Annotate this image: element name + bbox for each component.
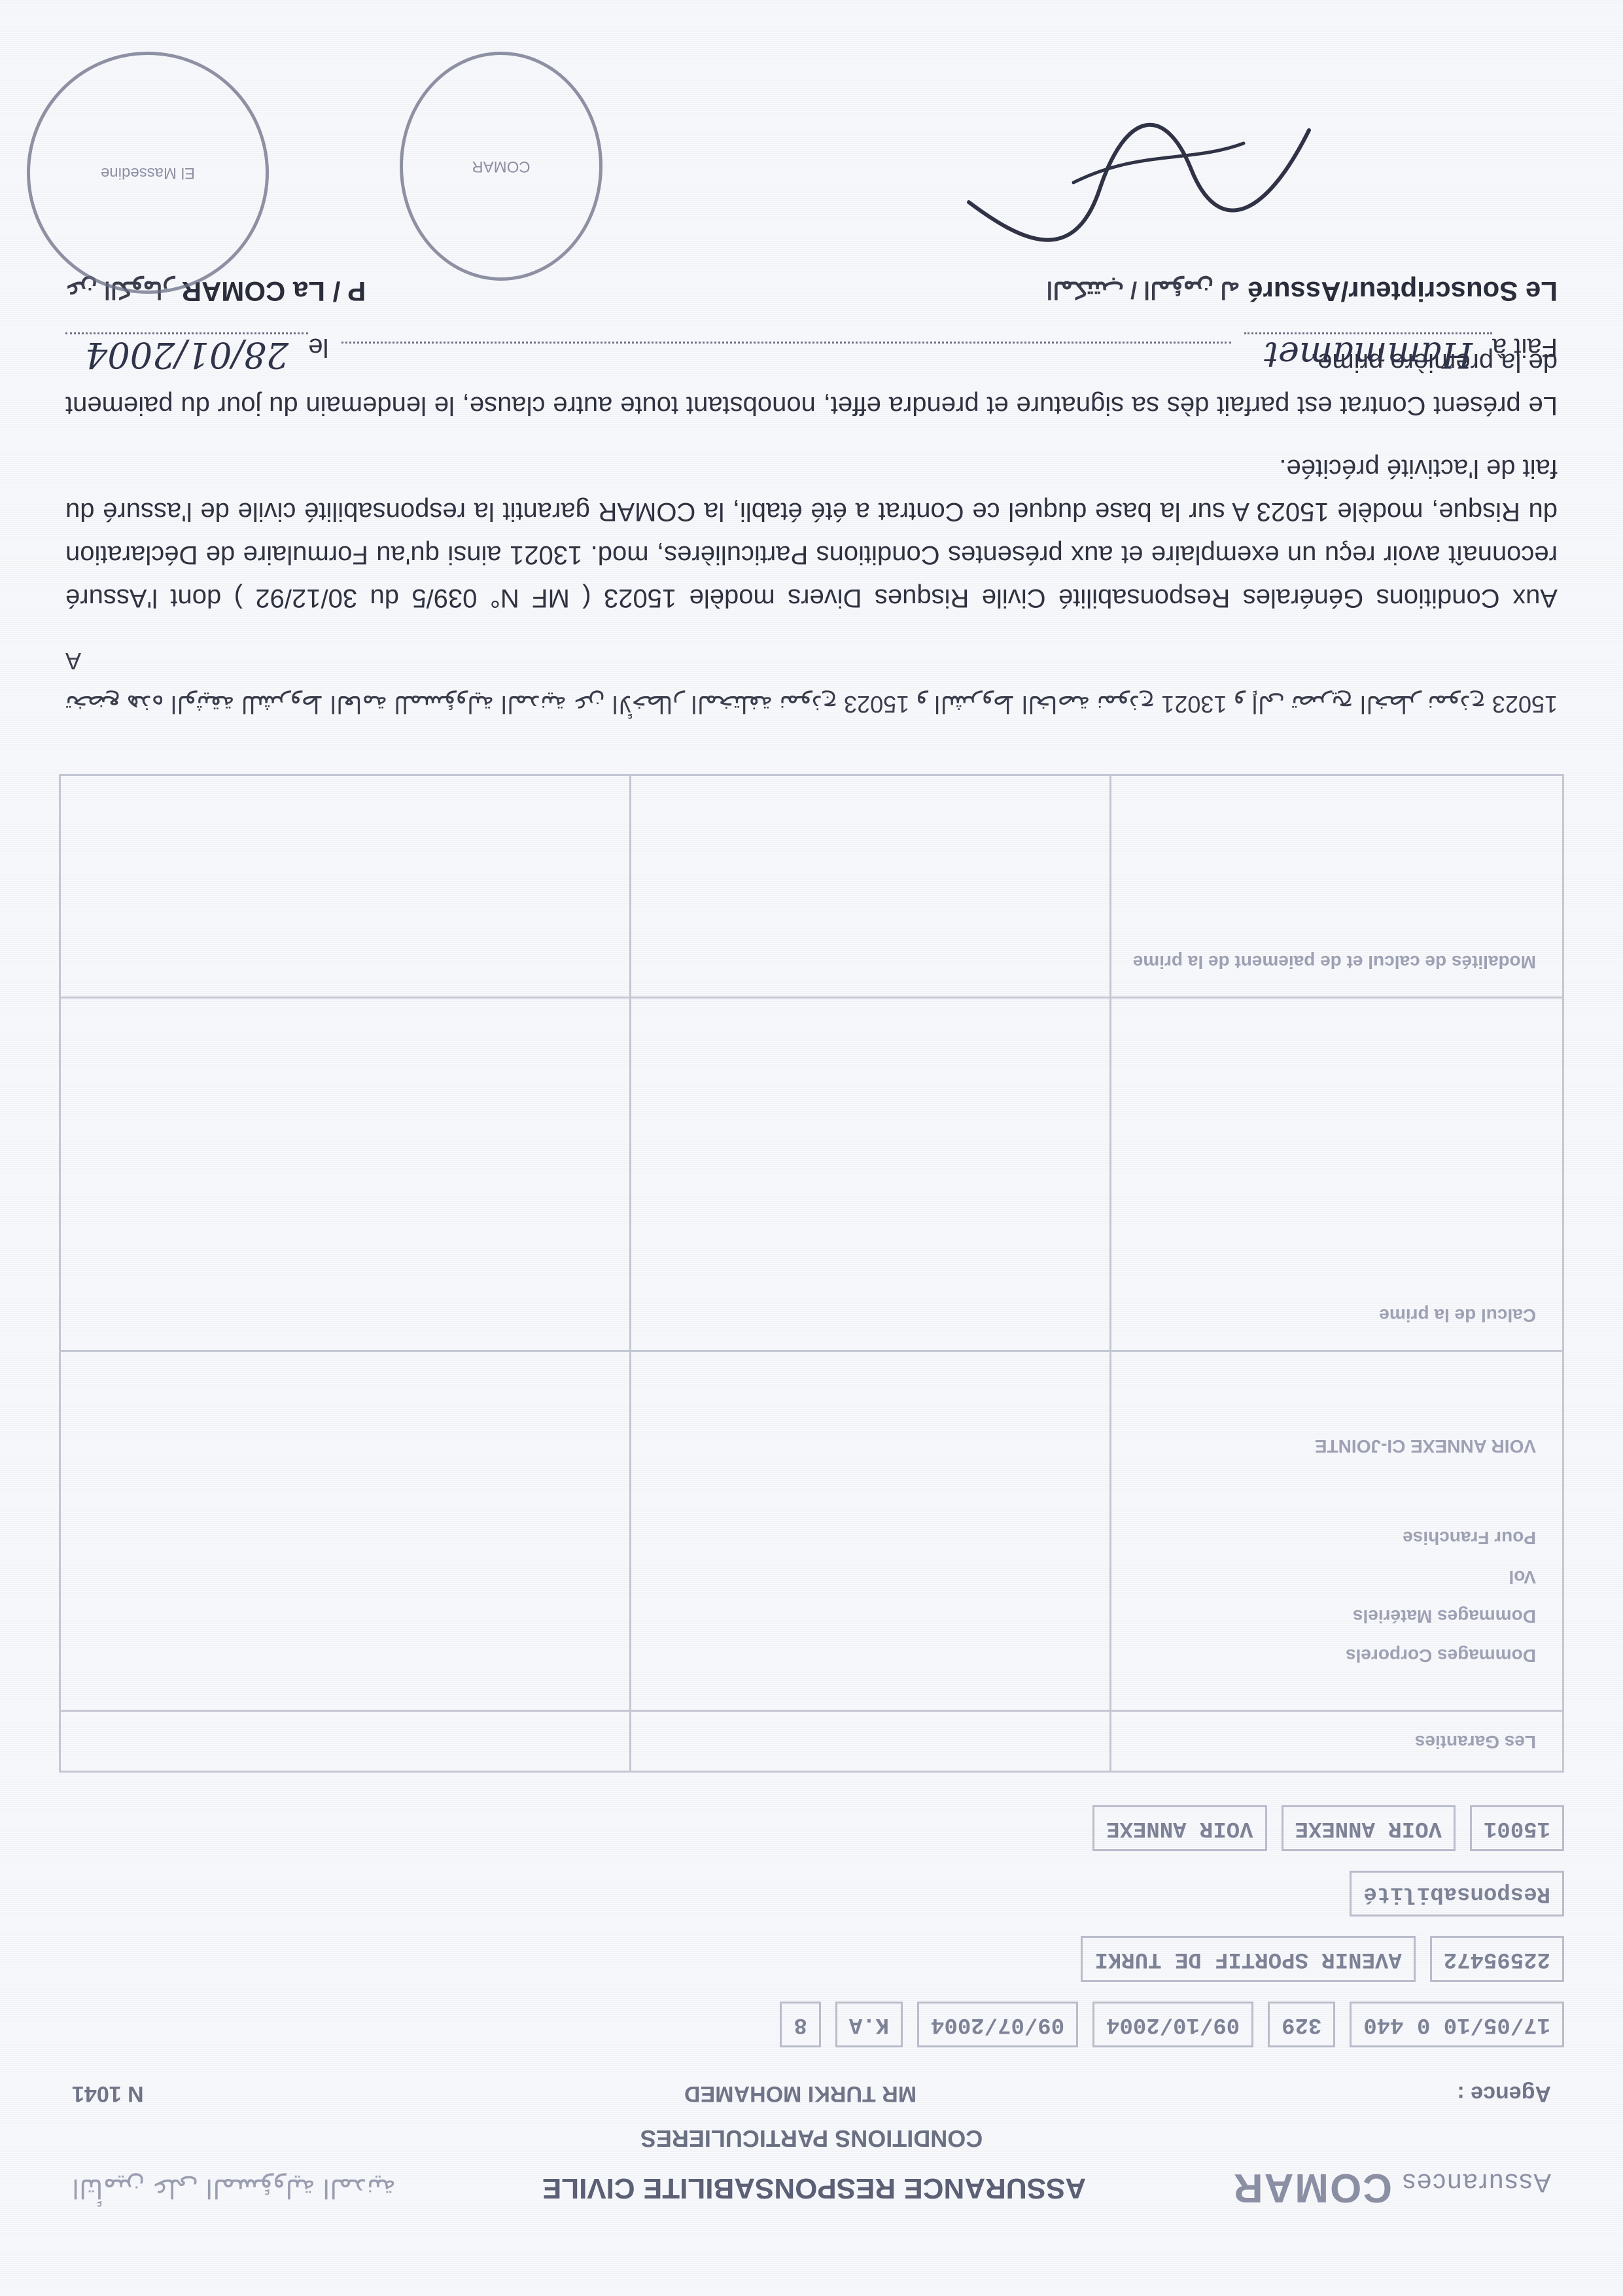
- conditions-paragraph: Aux Conditions Générales Responsabilité …: [65, 447, 1558, 620]
- handwritten-place: Hammamet: [1244, 332, 1492, 376]
- identity-row: Agence : MR TURKI MOHAMED N 1041: [72, 2081, 1551, 2106]
- handwritten-signature-icon: [956, 91, 1322, 261]
- guarantee-item: Dommages Matériels: [1353, 1606, 1536, 1627]
- policy-ref: 17/05/10 0 440: [1350, 2002, 1564, 2047]
- agency-stamp-icon: El Massedine: [27, 52, 269, 294]
- handwritten-date: 28/01/2004: [65, 332, 308, 376]
- activity-annex-2: VOIR ANNEXE: [1092, 1805, 1266, 1851]
- document-title-arabic: التأمين على المسؤولية المدنية: [72, 2173, 396, 2203]
- contract-body: تخضع هذه الوثيقة للشروط العامة للمسؤولية…: [65, 321, 1558, 726]
- insured-name: MR TURKI MOHAMED: [684, 2081, 916, 2106]
- activity-annex: VOIR ANNEXE: [1282, 1805, 1456, 1851]
- subscriber-code: 22595472: [1430, 1936, 1564, 1982]
- activity-model: 15001: [1470, 1805, 1564, 1851]
- activity-row: Responsabilité: [59, 1871, 1564, 1916]
- signature-place-date: Fait à Hammamet le 28/01/2004: [65, 332, 1558, 376]
- policy-data-row: 17/05/10 0 440 329 09/10/2004 09/07/2004…: [59, 2002, 1564, 2047]
- subscriber-signatory: Le Souscripteur/Assuré المكتتب / المؤمن …: [1046, 275, 1558, 307]
- document-title: ASSURANCE RESPONSABILITE CIVILE: [542, 2172, 1086, 2204]
- issue-date: 09/07/2004: [917, 2002, 1078, 2047]
- table-divider: [61, 1710, 1562, 1712]
- comar-stamp-icon: COMAR: [400, 52, 602, 281]
- insurance-contract-page: AssurancesCOMAR ASSURANCE RESPONSABILITE…: [0, 0, 1623, 2296]
- guarantees-table: Les Garanties Dommages Corporels Dommage…: [59, 774, 1564, 1773]
- table-divider: [61, 997, 1562, 998]
- subscriber-row: 22595472 AVENIR SPORTIF DE TURKI: [59, 1936, 1564, 1982]
- table-divider: [1110, 776, 1112, 1771]
- header-brand-row: AssurancesCOMAR ASSURANCE RESPONSABILITE…: [72, 2159, 1551, 2217]
- annex-row: 15001 VOIR ANNEXE VOIR ANNEXE: [59, 1805, 1564, 1851]
- policy-type: K.A: [835, 2002, 903, 2047]
- agency-code: N 1041: [72, 2081, 144, 2106]
- le-label: le: [308, 332, 328, 362]
- document-subtitle: CONDITIONS PARTICULIERES: [0, 2125, 1623, 2152]
- table-divider: [61, 1350, 1562, 1352]
- dotted-line: [341, 342, 1231, 344]
- subscriber-name: AVENIR SPORTIF DE TURKI: [1081, 1936, 1415, 1982]
- table-divider: [629, 776, 631, 1771]
- comar-logo: AssurancesCOMAR: [1232, 2165, 1551, 2212]
- effective-date: 09/10/2004: [1092, 2002, 1253, 2047]
- guarantee-item: VOIR ANNEXE CI-JOINTE: [1315, 1436, 1536, 1457]
- guarantee-item: Vol: [1509, 1566, 1536, 1587]
- agency-label: Agence :: [1457, 2081, 1551, 2106]
- guarantee-item: Pour Franchise: [1403, 1527, 1536, 1548]
- policy-code: 329: [1268, 2002, 1335, 2047]
- signatories-row: Le Souscripteur/Assuré المكتتب / المؤمن …: [65, 275, 1558, 307]
- premium-mode-label: Modalités de calcul et de paiement de la…: [1133, 951, 1536, 972]
- fait-label: Fait à: [1492, 332, 1558, 362]
- activity-reference: Responsabilité: [1350, 1871, 1564, 1916]
- guarantee-item: Dommages Corporels: [1346, 1645, 1536, 1666]
- arabic-paragraph: تخضع هذه الوثيقة للشروط العامة للمسؤولية…: [65, 639, 1558, 726]
- policy-category: 8: [780, 2002, 820, 2047]
- premium-label: Calcul de la prime: [1379, 1305, 1536, 1326]
- guarantees-header: Les Garanties: [1415, 1731, 1536, 1752]
